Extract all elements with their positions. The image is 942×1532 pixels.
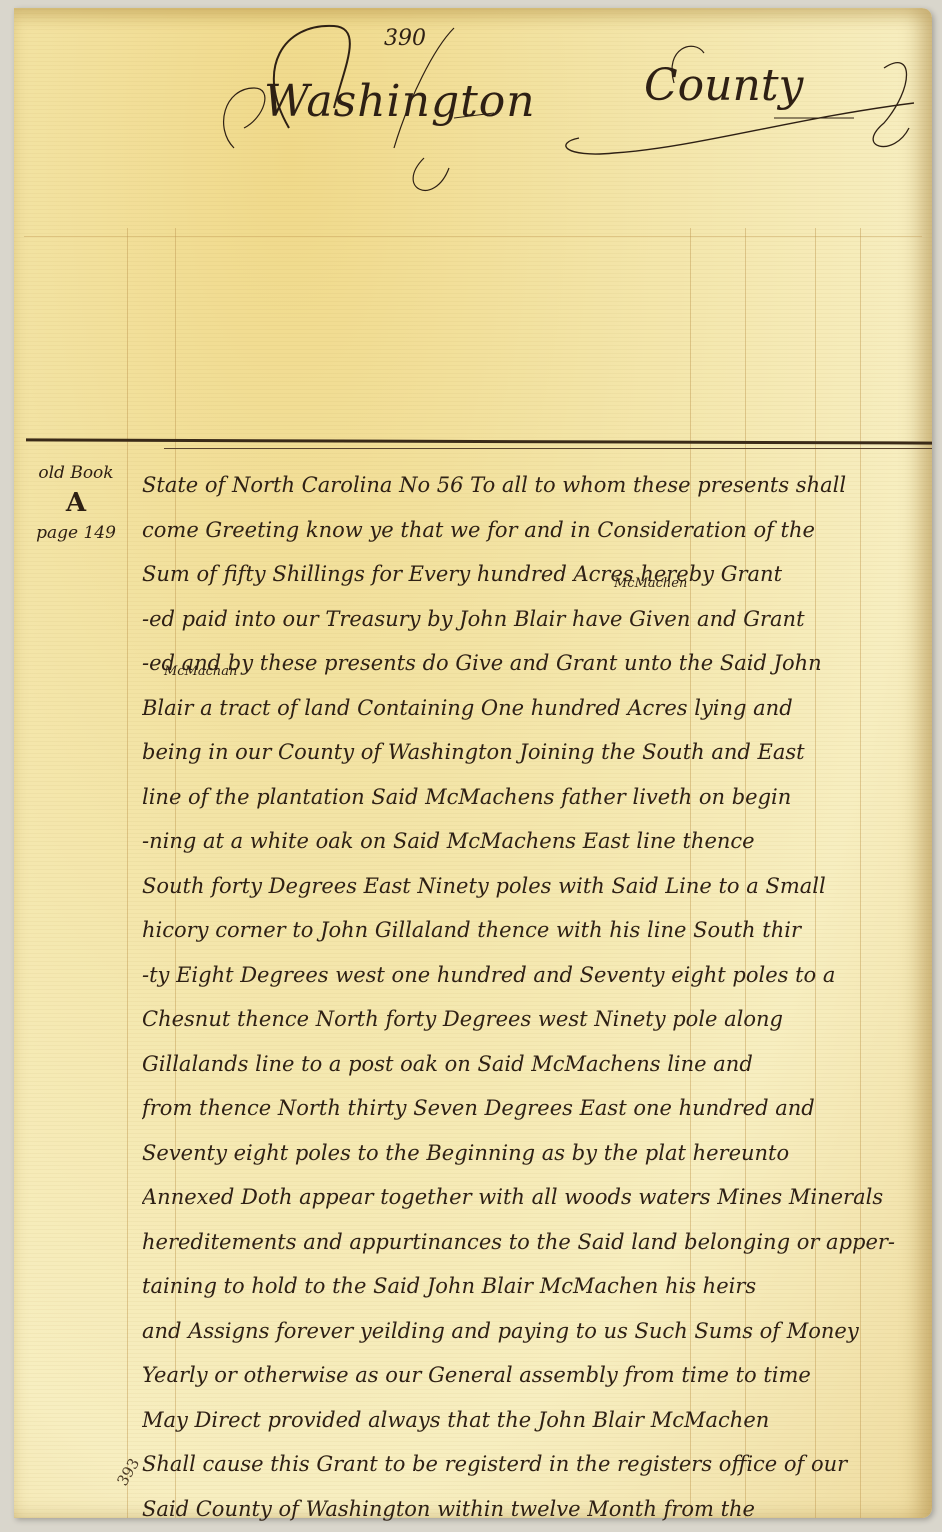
- text-line: Said County of Washington within twelve …: [142, 1487, 922, 1532]
- margin-note-volume: A: [20, 488, 132, 518]
- text-line: come Greeting know ye that we for and in…: [142, 508, 922, 553]
- text-line: and Assigns forever yeilding and paying …: [142, 1309, 922, 1354]
- text-line: Yearly or otherwise as our General assem…: [142, 1353, 922, 1398]
- text-line: -ty Eight Degrees west one hundred and S…: [142, 953, 922, 998]
- page-number: 390: [384, 26, 426, 51]
- text-line: taining to hold to the Said John Blair M…: [142, 1264, 922, 1309]
- text-line: -ed and by these presents do Give and Gr…: [142, 641, 922, 686]
- footer-page-number: 393: [113, 1455, 143, 1489]
- text-line: line of the plantation Said McMachens fa…: [142, 775, 922, 820]
- text-line: Gillalands line to a post oak on Said Mc…: [142, 1042, 922, 1087]
- margin-note: old Book A page 149: [20, 458, 132, 548]
- text-line: -ed paid into our Treasury by John Blair…: [142, 597, 922, 642]
- text-line: Chesnut thence North forty Degrees west …: [142, 997, 922, 1042]
- text-line: being in our County of Washington Joinin…: [142, 730, 922, 775]
- ruled-line: [24, 236, 922, 237]
- text-line: from thence North thirty Seven Degrees E…: [142, 1086, 922, 1131]
- text-line: South forty Degrees East Ninety poles wi…: [142, 864, 922, 909]
- county-title-washington: Washington: [264, 76, 536, 127]
- text-line: Seventy eight poles to the Beginning as …: [142, 1131, 922, 1176]
- grant-text: State of North Carolina No 56 To all to …: [142, 463, 922, 1531]
- ruled-line: [127, 228, 128, 1518]
- text-line: hicory corner to John Gillaland thence w…: [142, 908, 922, 953]
- margin-note-page: page 149: [20, 518, 132, 548]
- document-page: 390 Washington County old Book A page 14…: [14, 8, 932, 1518]
- text-line: hereditements and appurtinances to the S…: [142, 1220, 922, 1265]
- text-line: -ning at a white oak on Said McMachens E…: [142, 819, 922, 864]
- interlinear-insertion: McMachen: [614, 576, 687, 591]
- text-line: Shall cause this Grant to be registerd i…: [142, 1442, 922, 1487]
- county-title-county: County: [644, 60, 803, 111]
- text-line: Sum of fifty Shillings for Every hundred…: [142, 552, 922, 597]
- interlinear-insertion: McMachan: [164, 664, 237, 679]
- text-line: State of North Carolina No 56 To all to …: [142, 463, 922, 508]
- margin-note-book: old Book: [20, 458, 132, 488]
- text-line: May Direct provided always that the John…: [142, 1398, 922, 1443]
- section-divider: [26, 438, 932, 444]
- text-line: Annexed Doth appear together with all wo…: [142, 1175, 922, 1220]
- text-line: Blair a tract of land Containing One hun…: [142, 686, 922, 731]
- section-divider: [164, 448, 932, 449]
